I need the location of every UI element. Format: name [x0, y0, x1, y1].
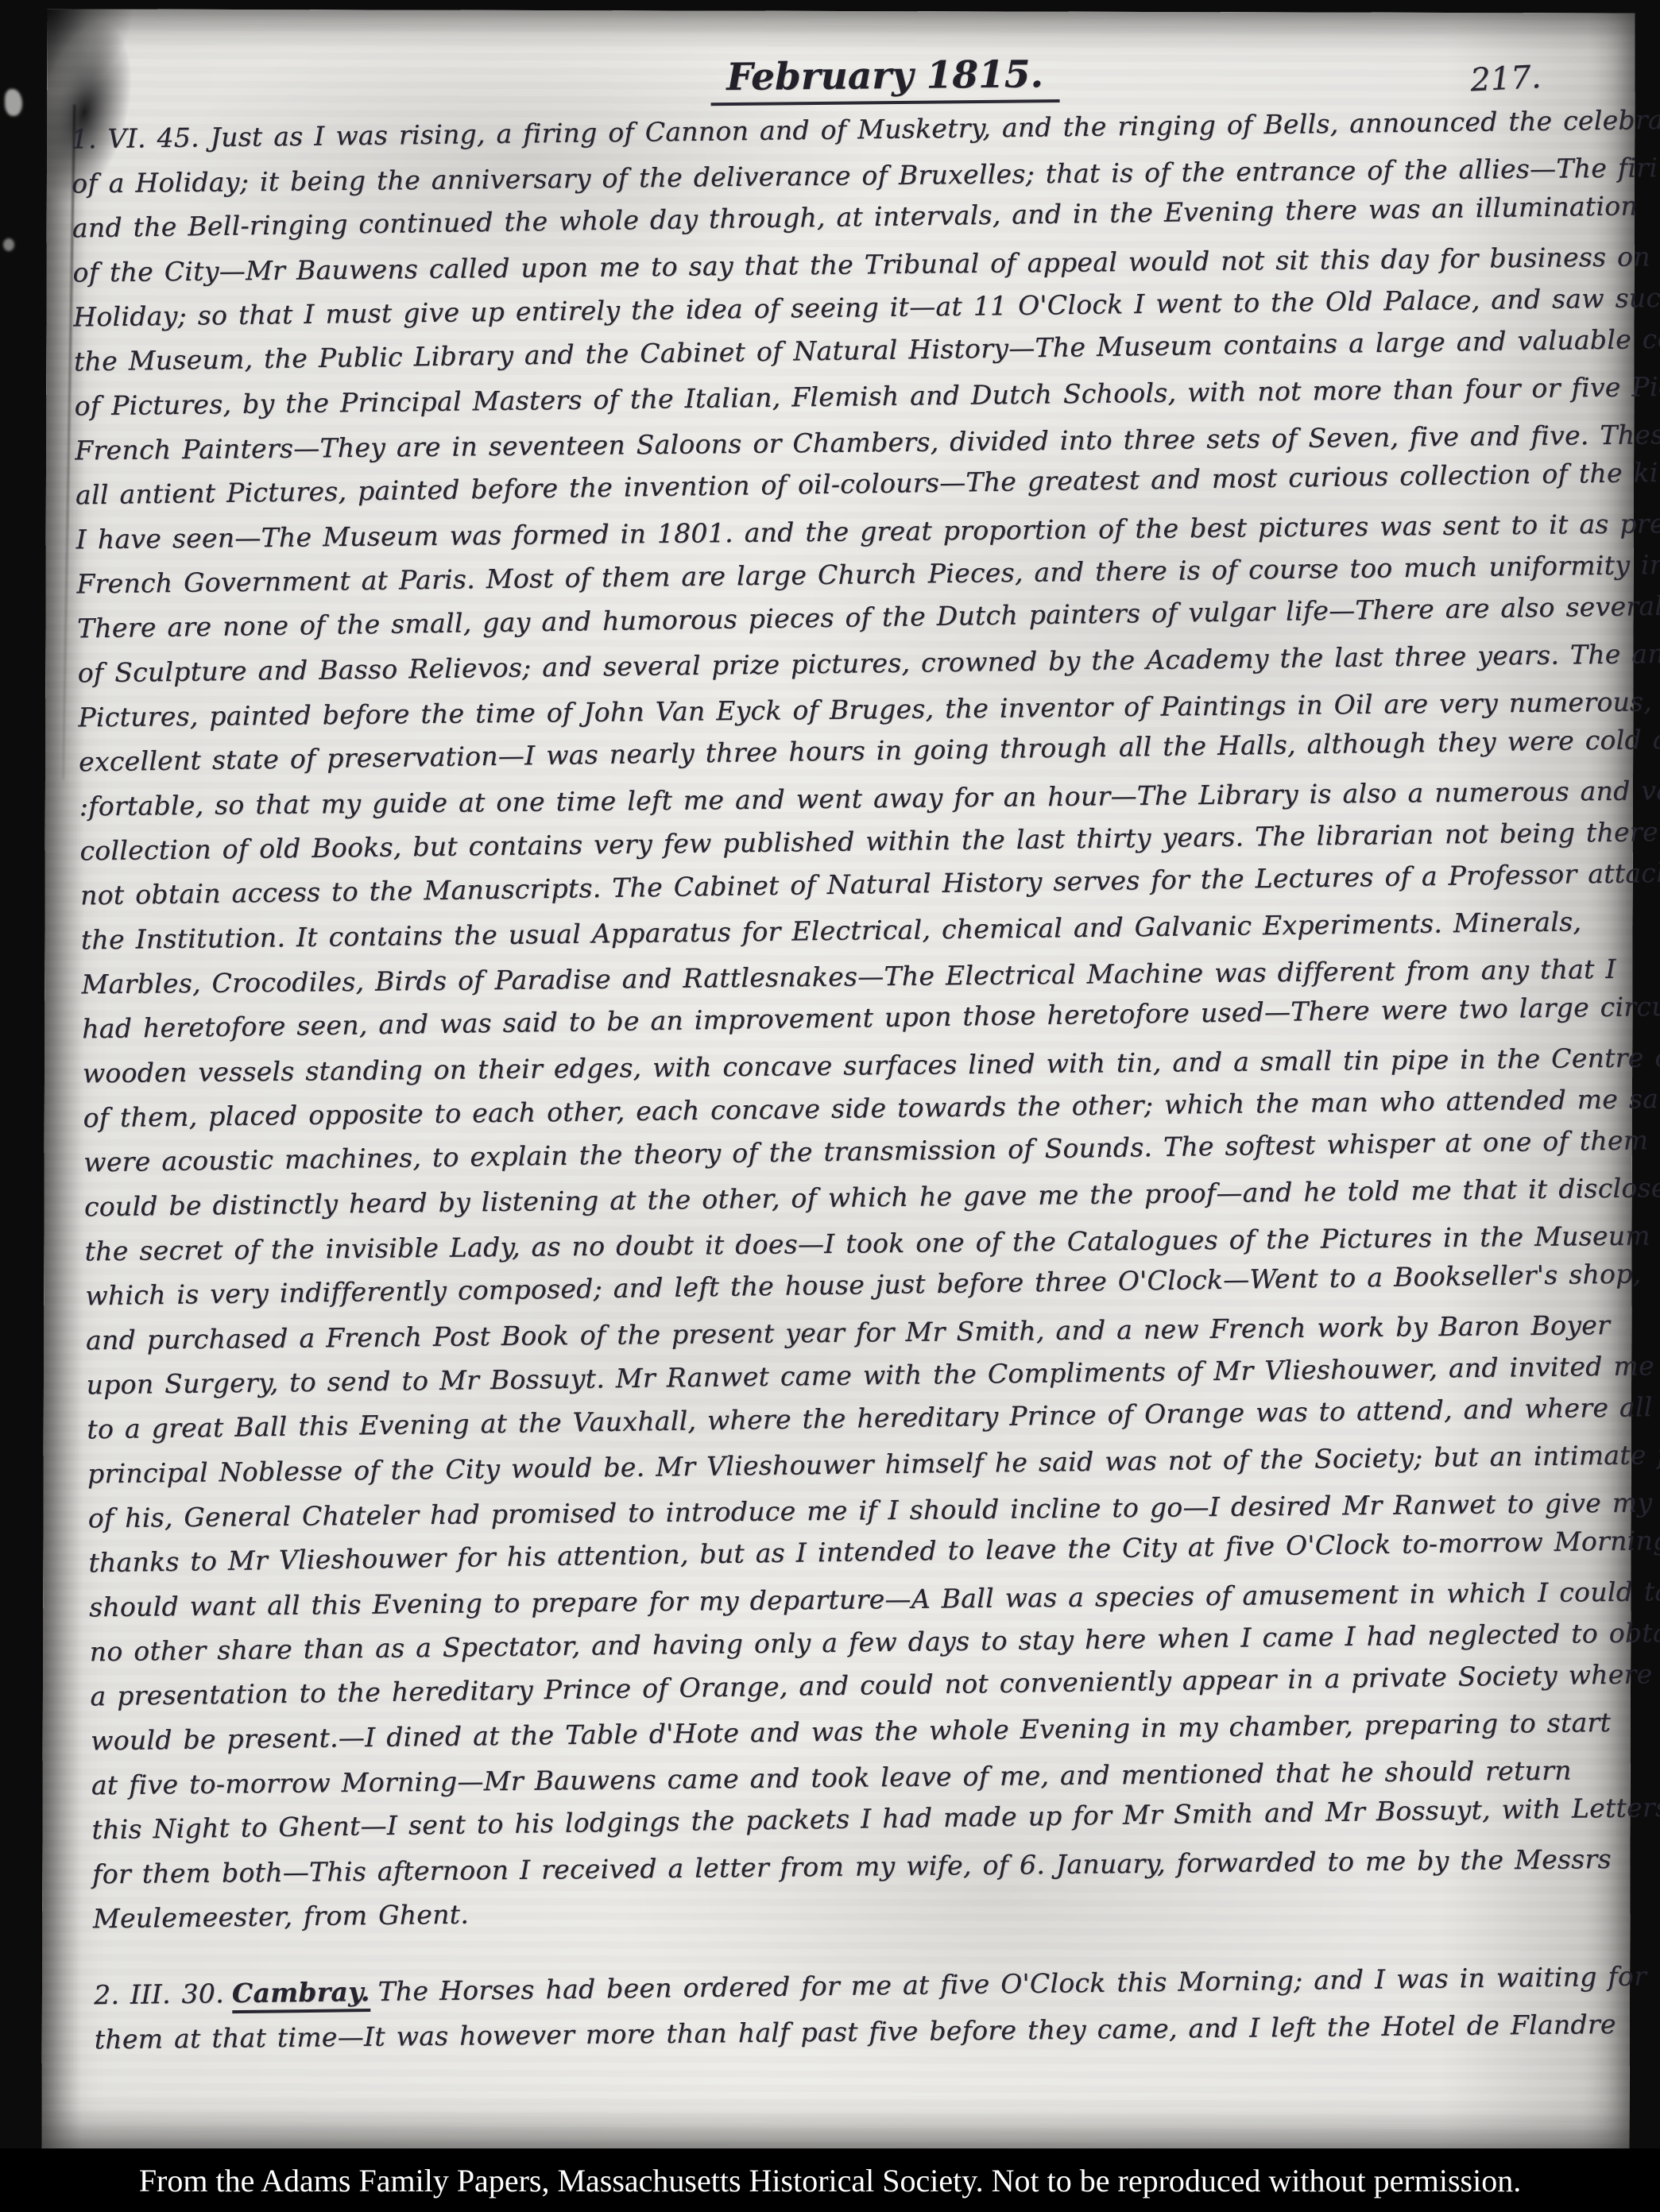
diary-entry-february-1: 1. VI. 45. Just as I was rising, a firin…	[71, 99, 1643, 1942]
film-edge-mark	[5, 89, 22, 116]
entry-datetime: 2. III. 30.	[94, 1978, 224, 2010]
scan-background: 217. February 1815. 1. VI. 45. Just as I…	[0, 0, 1660, 2212]
footer-caption: From the Adams Family Papers, Massachuse…	[139, 2162, 1521, 2199]
manuscript-page: 217. February 1815. 1. VI. 45. Just as I…	[41, 9, 1635, 2153]
film-edge-mark	[3, 238, 14, 251]
page-number: 217.	[1469, 59, 1542, 99]
entry-place: Cambray.	[232, 1976, 370, 2013]
entry-first-line-rest: The Horses had been ordered for me at fi…	[377, 1960, 1646, 2007]
diary-entry-february-2: 2. III. 30.Cambray.The Horses had been o…	[94, 1954, 1644, 2062]
manuscript-text: 1. VI. 45. Just as I was rising, a firin…	[71, 99, 1644, 2063]
month-header: February 1815.	[710, 52, 1059, 106]
footer-band: From the Adams Family Papers, Massachuse…	[0, 2148, 1660, 2212]
